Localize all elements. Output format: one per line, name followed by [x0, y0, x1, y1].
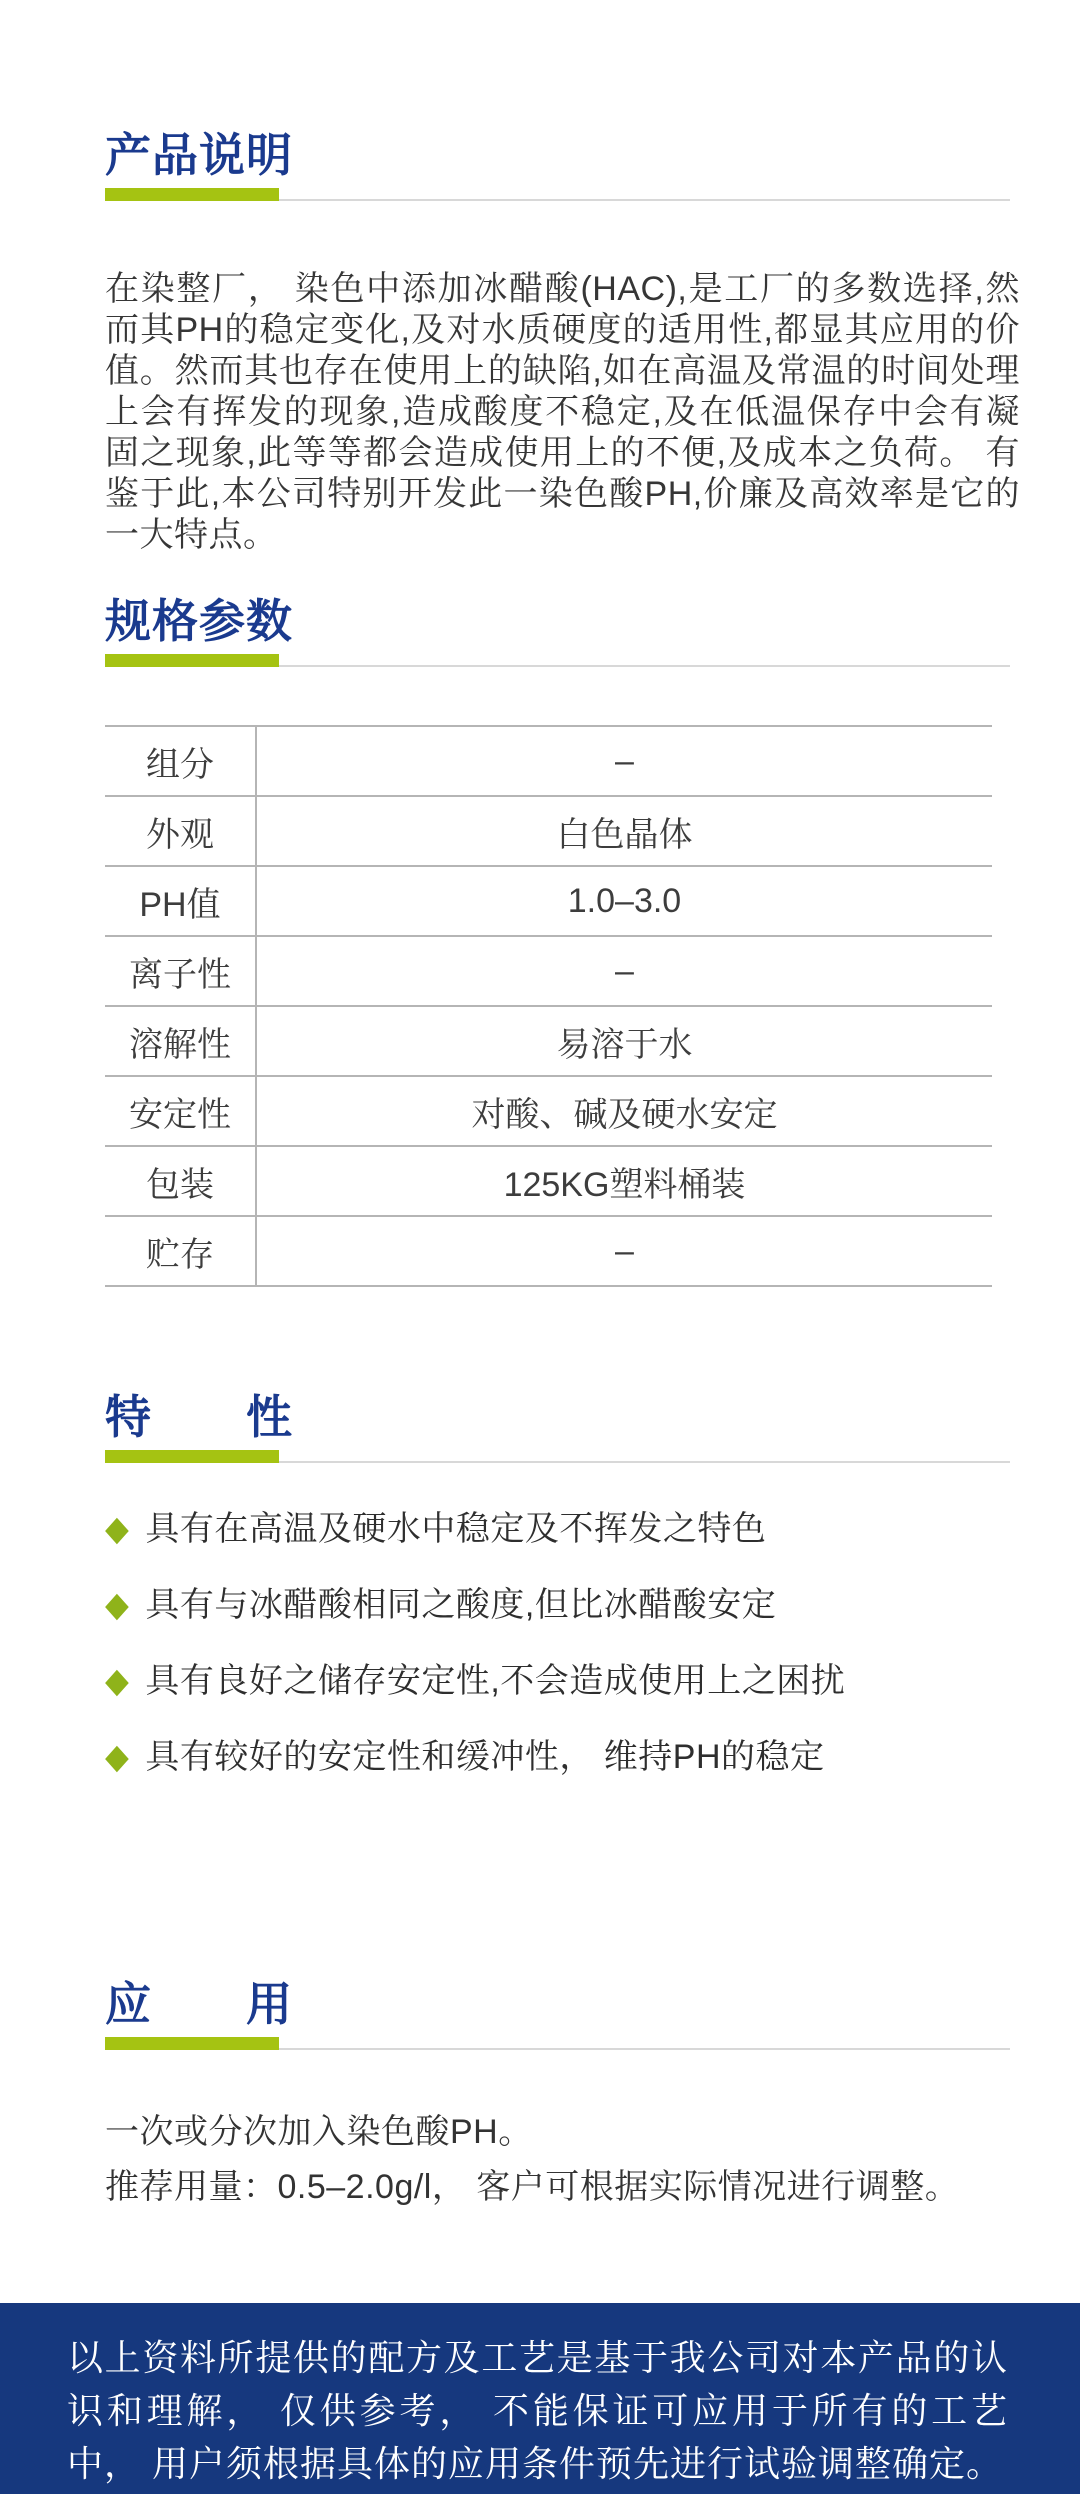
product-description-text: 在染整厂， 染色中添加冰醋酸(HAC),是工厂的多数选择,然而其PH的稳定变化,…	[105, 269, 1020, 556]
table-row: 外观 白色晶体	[105, 797, 992, 867]
spec-value: 白色晶体	[257, 797, 992, 865]
spec-label: 离子性	[105, 937, 257, 1005]
green-accent-bar	[105, 2037, 279, 2050]
spec-value: 1.0–3.0	[257, 867, 992, 935]
disclaimer-footer: 以上资料所提供的配方及工艺是基于我公司对本产品的认识和理解， 仅供参考， 不能保…	[0, 2303, 1080, 2494]
table-row: 溶解性 易溶于水	[105, 1007, 992, 1077]
section-underline	[105, 654, 1010, 667]
spec-value: –	[257, 727, 992, 795]
section-underline	[105, 1450, 1010, 1463]
list-item: ◆ 具有与冰醋酸相同之酸度,但比冰醋酸安定	[105, 1585, 1010, 1625]
table-row: 安定性 对酸、碱及硬水安定	[105, 1077, 992, 1147]
specifications-heading: 规格参数	[105, 596, 1010, 646]
spec-label: 安定性	[105, 1077, 257, 1145]
spec-label: 外观	[105, 797, 257, 865]
section-product-description: 产品说明	[105, 130, 1010, 201]
diamond-icon: ◆	[105, 1735, 129, 1780]
spec-label: 溶解性	[105, 1007, 257, 1075]
application-heading: 应 用	[105, 1979, 1010, 2029]
disclaimer-text: 以上资料所提供的配方及工艺是基于我公司对本产品的认识和理解， 仅供参考， 不能保…	[67, 2331, 1008, 2490]
section-features: 特 性	[105, 1392, 1010, 1463]
spec-label: 组分	[105, 727, 257, 795]
spec-table: 组分 – 外观 白色晶体 PH值 1.0–3.0 离子性 – 溶解性 易溶于水 …	[105, 725, 992, 1287]
green-accent-bar	[105, 1450, 279, 1463]
spec-value: –	[257, 1217, 992, 1285]
application-line: 一次或分次加入染色酸PH。	[105, 2105, 1010, 2160]
spec-value: 易溶于水	[257, 1007, 992, 1075]
green-accent-bar	[105, 654, 279, 667]
spec-value: 对酸、碱及硬水安定	[257, 1077, 992, 1145]
product-description-heading: 产品说明	[105, 130, 1010, 180]
section-specifications: 规格参数	[105, 596, 1010, 667]
page-content: 产品说明 在染整厂， 染色中添加冰醋酸(HAC),是工厂的多数选择,然而其PH的…	[0, 0, 1080, 2215]
feature-list: ◆ 具有在高温及硬水中稳定及不挥发之特色 ◆ 具有与冰醋酸相同之酸度,但比冰醋酸…	[105, 1509, 1010, 1777]
table-row: PH值 1.0–3.0	[105, 867, 992, 937]
table-row: 组分 –	[105, 727, 992, 797]
list-item: ◆ 具有在高温及硬水中稳定及不挥发之特色	[105, 1509, 1010, 1549]
application-text: 一次或分次加入染色酸PH。 推荐用量：0.5–2.0g/l， 客户可根据实际情况…	[105, 2105, 1010, 2215]
table-row: 贮存 –	[105, 1217, 992, 1287]
application-line: 推荐用量：0.5–2.0g/l， 客户可根据实际情况进行调整。	[105, 2160, 1010, 2215]
spec-value: 125KG塑料桶装	[257, 1147, 992, 1215]
feature-text: 具有较好的安定性和缓冲性， 维持PH的稳定	[145, 1737, 824, 1777]
feature-text: 具有良好之储存安定性,不会造成使用上之困扰	[145, 1661, 845, 1701]
diamond-icon: ◆	[105, 1507, 129, 1552]
section-underline	[105, 188, 1010, 201]
table-row: 离子性 –	[105, 937, 992, 1007]
feature-text: 具有在高温及硬水中稳定及不挥发之特色	[145, 1509, 766, 1549]
section-application: 应 用	[105, 1979, 1010, 2050]
spec-label: PH值	[105, 867, 257, 935]
list-item: ◆ 具有良好之储存安定性,不会造成使用上之困扰	[105, 1661, 1010, 1701]
green-accent-bar	[105, 188, 279, 201]
features-heading: 特 性	[105, 1392, 1010, 1442]
diamond-icon: ◆	[105, 1659, 129, 1704]
section-underline	[105, 2037, 1010, 2050]
table-row: 包装 125KG塑料桶装	[105, 1147, 992, 1217]
feature-text: 具有与冰醋酸相同之酸度,但比冰醋酸安定	[145, 1585, 776, 1625]
product-datasheet-page: 产品说明 在染整厂， 染色中添加冰醋酸(HAC),是工厂的多数选择,然而其PH的…	[0, 0, 1080, 2494]
diamond-icon: ◆	[105, 1583, 129, 1628]
spec-label: 贮存	[105, 1217, 257, 1285]
spec-value: –	[257, 937, 992, 1005]
list-item: ◆ 具有较好的安定性和缓冲性， 维持PH的稳定	[105, 1737, 1010, 1777]
spec-label: 包装	[105, 1147, 257, 1215]
